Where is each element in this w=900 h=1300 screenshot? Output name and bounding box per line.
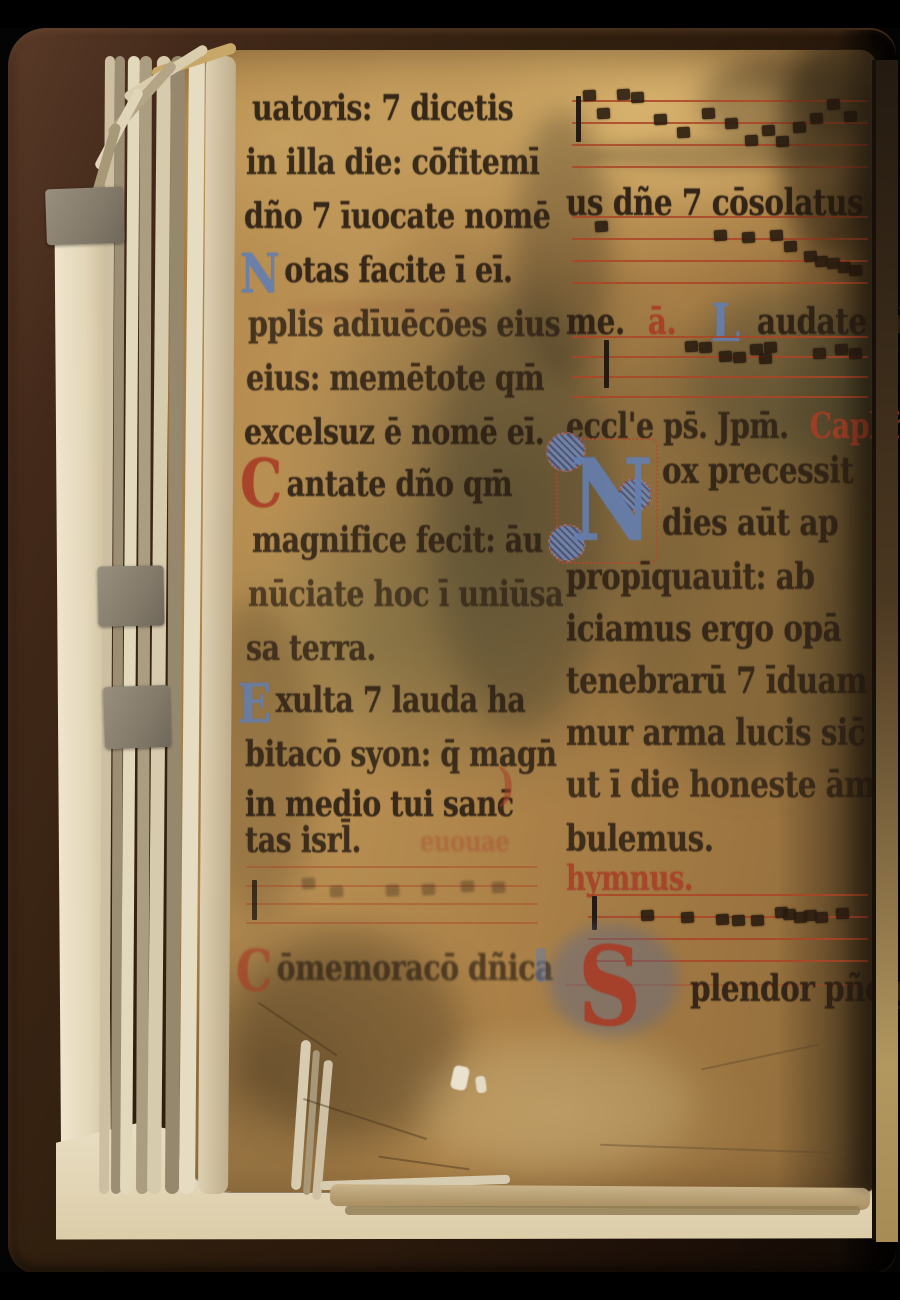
staff-line bbox=[572, 336, 868, 338]
custos-mark bbox=[576, 96, 581, 142]
illuminated-initial-c2: C bbox=[236, 954, 272, 989]
bookmark-tab bbox=[103, 685, 171, 749]
staff-line bbox=[246, 903, 538, 905]
text-line: pplis adīuēcōes eius bbox=[248, 304, 560, 345]
text-line: sa terra. bbox=[246, 628, 376, 669]
neume-note bbox=[758, 352, 772, 364]
neume-note bbox=[742, 232, 756, 244]
capitulum-line: iciamus ergo opā bbox=[566, 608, 841, 650]
staff-line bbox=[572, 376, 868, 378]
text-line: uatoris: 7 dicetis bbox=[252, 88, 513, 129]
neume-note bbox=[733, 351, 747, 363]
neume-note bbox=[685, 340, 699, 352]
neume-note bbox=[421, 884, 435, 896]
illuminated-initial-s: S bbox=[578, 930, 641, 1043]
fore-edge bbox=[876, 60, 898, 1242]
neume-note bbox=[725, 117, 739, 129]
staff-line bbox=[588, 894, 868, 896]
text-line: nūciate hoc ī uniūsa bbox=[248, 574, 563, 615]
neume-note bbox=[716, 913, 730, 925]
neume-note bbox=[583, 90, 597, 102]
neume-note bbox=[713, 230, 727, 242]
neume-note bbox=[812, 347, 826, 359]
custos-mark bbox=[252, 880, 257, 920]
staff-line bbox=[246, 922, 538, 924]
neume-note bbox=[784, 241, 798, 253]
text-line: in illa die: cōfitemī bbox=[246, 142, 539, 183]
photo-border bbox=[0, 1272, 900, 1300]
text-line: dño 7 īuocate nomē bbox=[244, 196, 550, 237]
neume-note bbox=[815, 911, 829, 923]
neume-note bbox=[597, 107, 611, 119]
staff-line bbox=[572, 282, 868, 284]
neume-note bbox=[751, 914, 765, 926]
custos-mark bbox=[604, 340, 609, 388]
text-line: magnifice fecit: āu bbox=[252, 520, 543, 561]
neume-note bbox=[631, 92, 645, 104]
light-patch bbox=[420, 1040, 690, 1170]
neume-note bbox=[676, 127, 690, 139]
illuminated-initial-e: E bbox=[238, 686, 271, 721]
bookmark-tab bbox=[97, 565, 164, 626]
neume-note bbox=[761, 125, 775, 137]
scuff-mark bbox=[475, 1075, 487, 1093]
neume-note bbox=[770, 230, 784, 242]
neume-note bbox=[617, 89, 631, 101]
text-line: tas isrl̄. bbox=[245, 820, 361, 861]
music-staff-faded bbox=[246, 866, 538, 924]
capitulum-line: bulemus. bbox=[566, 818, 714, 860]
capitulum-line: mur arma lucis sic̄ bbox=[566, 712, 865, 754]
capitulum-line: dies aūt ap bbox=[662, 502, 838, 544]
hymn-rubric: hymnus. bbox=[566, 858, 693, 898]
capitulum-line: ut ī die honeste ām bbox=[566, 764, 875, 806]
neume-note bbox=[654, 114, 668, 126]
neume-note bbox=[491, 882, 505, 894]
text-line: Notas facite ī eī. bbox=[240, 250, 513, 291]
initial-fragment bbox=[536, 948, 546, 982]
text-line: Exulta 7 lauda ha bbox=[238, 680, 525, 721]
neume-note bbox=[461, 881, 475, 893]
text-line: Cantate dño qm̄ bbox=[240, 464, 512, 505]
illuminated-initial-n: N bbox=[240, 256, 279, 291]
neume-note bbox=[329, 885, 343, 897]
neume-note bbox=[764, 341, 778, 353]
photo-border bbox=[0, 0, 900, 28]
neume-note bbox=[302, 878, 316, 890]
text-line: excelsuz ē nomē eī. bbox=[244, 412, 544, 453]
paraph-mark: ) bbox=[498, 758, 515, 811]
neume-note bbox=[744, 135, 758, 147]
neume-note bbox=[732, 914, 746, 926]
manuscript-photo: uatoris: 7 dicetis in illa die: cōfitemī… bbox=[0, 0, 900, 1300]
text-line: Cōmemoracō dñica bbox=[236, 948, 553, 989]
bookmark-tab bbox=[45, 187, 125, 246]
page-bottom-edge bbox=[345, 1206, 860, 1215]
neume-note bbox=[385, 884, 399, 896]
capitulum-line: propīquauit: ab bbox=[566, 556, 814, 598]
neume-note bbox=[681, 911, 695, 923]
neume-note bbox=[594, 221, 608, 233]
illuminated-initial-c: C bbox=[240, 466, 282, 501]
faded-rubric: euouae bbox=[420, 824, 509, 858]
neume-note bbox=[719, 350, 733, 362]
text-line: eius: memētote qm̄ bbox=[246, 358, 544, 399]
music-staff bbox=[572, 336, 868, 398]
capitulum-line: ox precessit bbox=[662, 450, 853, 492]
illuminated-initial-nox: N bbox=[570, 442, 653, 560]
staff-line bbox=[572, 396, 868, 398]
staff-line bbox=[246, 866, 538, 868]
neume-note bbox=[702, 107, 716, 119]
capitulum-line: tenebrarū 7 īduam bbox=[566, 660, 867, 702]
neume-note bbox=[699, 341, 713, 353]
neume-note bbox=[641, 910, 655, 922]
